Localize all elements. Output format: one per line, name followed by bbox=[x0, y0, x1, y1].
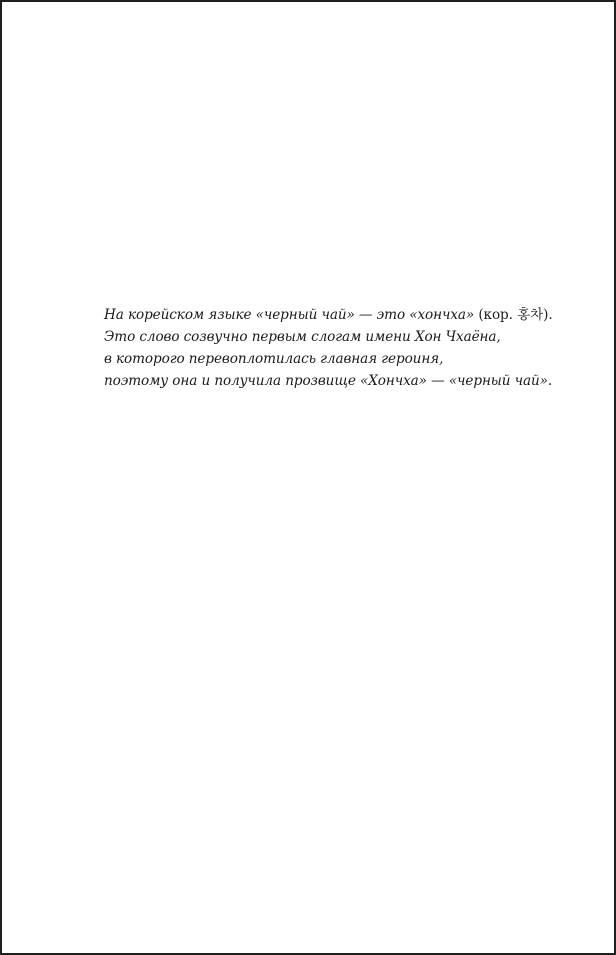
note-line-1-korean-gloss: (кор. 홍차). bbox=[474, 307, 552, 323]
note-line-4: поэтому она и получила прозвище «Хончха»… bbox=[104, 370, 604, 392]
note-line-1-italic: На корейском языке «черный чай» — это «х… bbox=[104, 307, 474, 323]
epigraph-note: На корейском языке «черный чай» — это «х… bbox=[104, 304, 604, 392]
note-line-1: На корейском языке «черный чай» — это «х… bbox=[104, 304, 604, 326]
note-line-3: в которого перевоплотилась главная герои… bbox=[104, 348, 604, 370]
note-line-2: Это слово созвучно первым слогам имени Х… bbox=[104, 326, 604, 348]
book-page: На корейском языке «черный чай» — это «х… bbox=[0, 0, 616, 955]
